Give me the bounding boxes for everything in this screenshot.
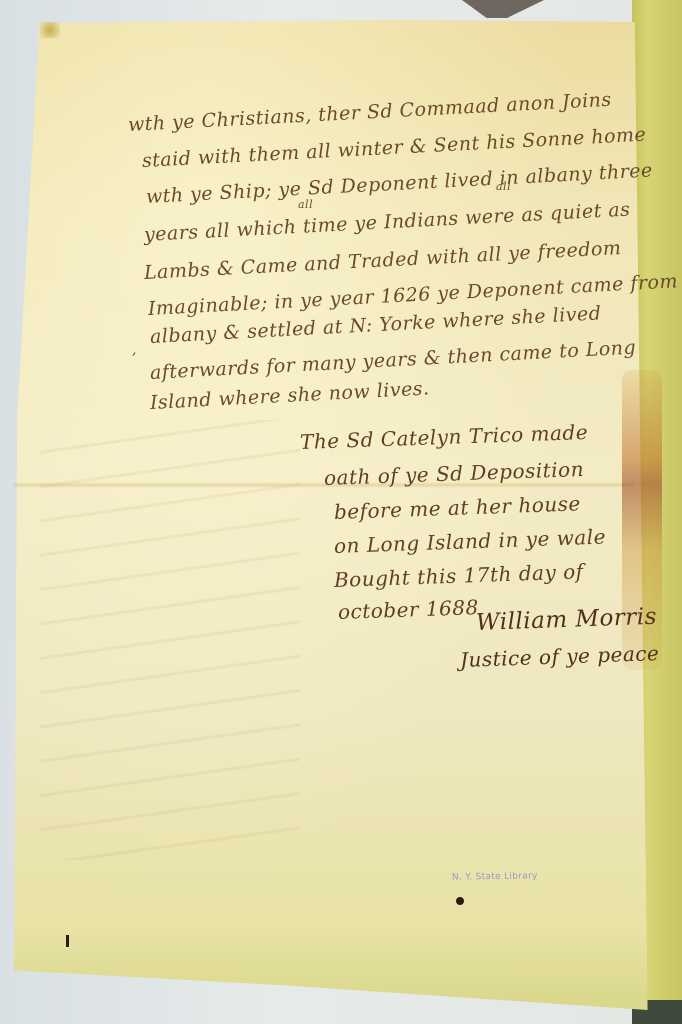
ink-spot [456, 897, 464, 905]
library-stamp: N. Y. State Library [452, 871, 538, 882]
margin-mark: , [132, 342, 136, 358]
ink-speck [66, 935, 69, 947]
corner-stain [40, 22, 60, 38]
interlinear-all-2: all [496, 180, 511, 193]
jurat-line-6: october 1688 [338, 595, 480, 624]
interlinear-all-1: all [298, 198, 313, 211]
